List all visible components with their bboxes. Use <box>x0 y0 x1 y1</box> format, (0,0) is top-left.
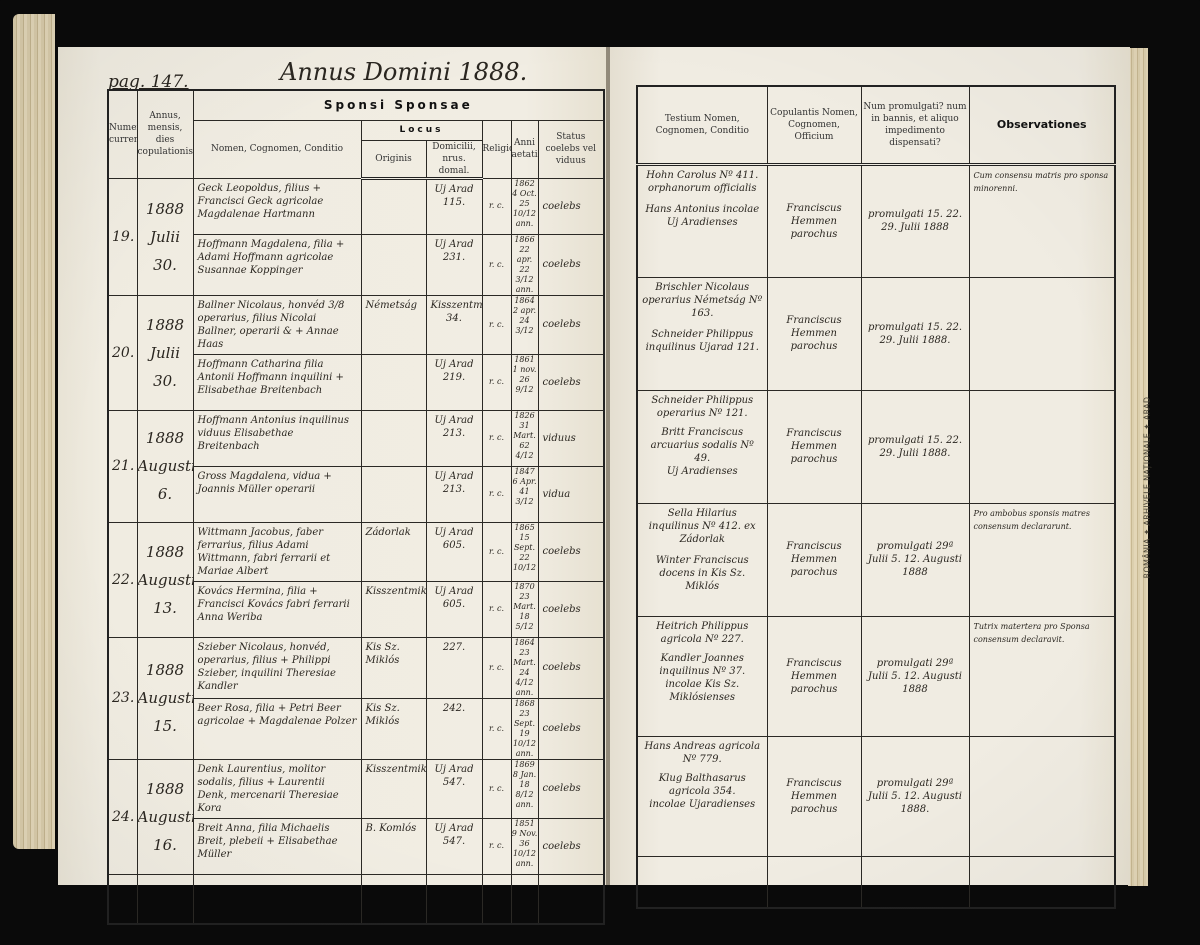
sponsus-anni: 1864 23 Mart. 24 4/12 ann. <box>511 637 538 698</box>
promulgati: promulgati 15. 22. 29. Julii 1888. <box>861 277 969 390</box>
book-page-edges-left <box>13 14 55 849</box>
table-row: 23. 1888Augusti15. Szieber Nicolaus, hon… <box>108 637 604 698</box>
sponsus-status: coelebs <box>538 295 604 354</box>
sponsa-religio: r. c. <box>482 234 511 295</box>
copulans: Franciscus Hemmen parochus <box>767 736 861 856</box>
table-row: Sella Hilarius inquilinus Nº 412. ex Zád… <box>637 503 1115 616</box>
header-promulgati: Num promulgati? num in bannis, et aliquo… <box>861 86 969 164</box>
sponsus-name: Wittmann Jacobus, faber ferrarius, filiu… <box>193 522 361 581</box>
table-row: 21. 1888Augusti6. Hoffmann Antonius inqu… <box>108 410 604 466</box>
entry-number: 21. <box>108 410 137 522</box>
sponsa-name: Beer Rosa, filia + Petri Beer agricolae … <box>193 698 361 759</box>
promulgati: promulgati 15. 22. 29. Julii 1888. <box>861 390 969 503</box>
sponsus-domicilii: Uj Arad 605. <box>426 522 482 581</box>
sponsus-name: Szieber Nicolaus, honvéd, operarius, fil… <box>193 637 361 698</box>
sponsus-originis <box>361 410 426 466</box>
sponsa-religio: r. c. <box>482 466 511 522</box>
copulans: Franciscus Hemmen parochus <box>767 616 861 736</box>
sponsus-religio: r. c. <box>482 522 511 581</box>
header-nomen: Nomen, Cognomen, Conditio <box>193 120 361 178</box>
sponsa-religio: r. c. <box>482 581 511 637</box>
table-row: 22. 1888Augusti13. Wittmann Jacobus, fab… <box>108 522 604 581</box>
sponsus-anni: 1869 8 Jan. 18 8/12 ann. <box>511 759 538 818</box>
header-sponsi-sponsae: Sponsi Sponsae <box>193 90 604 120</box>
sponsus-status: coelebs <box>538 637 604 698</box>
table-row: 20. 1888Julii30. Ballner Nicolaus, honvé… <box>108 295 604 354</box>
sponsa-originis: Kis Sz. Miklós <box>361 698 426 759</box>
sponsa-anni: 1870 23 Mart. 18 5/12 <box>511 581 538 637</box>
header-status: Status coelebs vel viduus <box>538 120 604 178</box>
sponsa-status: coelebs <box>538 818 604 874</box>
sponsus-status: coelebs <box>538 178 604 234</box>
sponsa-status: coelebs <box>538 354 604 410</box>
testes: Heitrich Philippus agricola Nº 227.Kandl… <box>637 616 767 736</box>
entry-number: 23. <box>108 637 137 759</box>
archive-stamp: ROMÂNIA ✦ ARHIVELE NAȚIONALE ✦ ARAD <box>1140 380 1154 600</box>
sponsus-anni: 1862 4 Oct. 25 10/12 ann. <box>511 178 538 234</box>
promulgati: promulgati 29ª Julii 5. 12. Augusti 1888 <box>861 503 969 616</box>
table-row: Hohn Carolus Nº 411. orphanorum official… <box>637 164 1115 277</box>
sponsa-originis: B. Komlós <box>361 818 426 874</box>
book-gutter <box>606 47 610 885</box>
sponsa-status: coelebs <box>538 698 604 759</box>
sponsa-originis <box>361 466 426 522</box>
testes: Hans Andreas agricola Nº 779.Klug Baltha… <box>637 736 767 856</box>
sponsus-name: Hoffmann Antonius inquilinus viduus Elis… <box>193 410 361 466</box>
sponsus-domicilii: Uj Arad 115. <box>426 178 482 234</box>
observationes: Pro ambobus sponsis matres consensum dec… <box>969 503 1115 616</box>
sponsus-anni: 1864 2 apr. 24 3/12 <box>511 295 538 354</box>
sponsus-originis: Kis Sz. Miklós <box>361 637 426 698</box>
observationes: Tutrix materterа pro Sponsa consensum de… <box>969 616 1115 736</box>
header-observationes: Observationes <box>969 86 1115 164</box>
testes: Hohn Carolus Nº 411. orphanorum official… <box>637 164 767 277</box>
observationes <box>969 277 1115 390</box>
sponsus-name: Geck Leopoldus, filius + Francisci Geck … <box>193 178 361 234</box>
entry-date: 1888Julii30. <box>137 295 193 410</box>
sponsa-name: Kovács Hermina, filia + Francisci Kovács… <box>193 581 361 637</box>
sponsus-originis: Németság <box>361 295 426 354</box>
entry-date: 1888Augusti15. <box>137 637 193 759</box>
sponsa-anni: 1861 1 nov. 26 9/12 <box>511 354 538 410</box>
sponsus-domicilii: 227. <box>426 637 482 698</box>
sponsa-name: Breit Anna, filia Michaelis Breit, plebe… <box>193 818 361 874</box>
sponsus-religio: r. c. <box>482 410 511 466</box>
sponsus-name: Ballner Nicolaus, honvéd 3/8 operarius, … <box>193 295 361 354</box>
sponsus-originis: Kisszentmiklós <box>361 759 426 818</box>
sponsus-religio: r. c. <box>482 178 511 234</box>
header-originis: Originis <box>361 140 426 178</box>
header-copulantis: Copulantis Nomen, Cognomen, Officium <box>767 86 861 164</box>
entry-date: 1888Augusti6. <box>137 410 193 522</box>
header-religio: Religio <box>482 120 511 178</box>
promulgati: promulgati 15. 22. 29. Julii 1888 <box>861 164 969 277</box>
sponsa-domicilii: Uj Arad 219. <box>426 354 482 410</box>
testes-table: Testium Nomen, Cognomen, Conditio Copula… <box>636 85 1116 909</box>
header-anni: Anni aetatis <box>511 120 538 178</box>
sponsa-name: Hoffmann Magdalena, filia + Adami Hoffma… <box>193 234 361 295</box>
table-row: Schneider Philippus operarius Nº 121.Bri… <box>637 390 1115 503</box>
sponsa-originis <box>361 354 426 410</box>
sponsus-status: coelebs <box>538 759 604 818</box>
header-locus: Locus <box>361 120 482 140</box>
entry-date: 1888Augusti13. <box>137 522 193 637</box>
promulgati: promulgati 29ª Julii 5. 12. Augusti 1888… <box>861 736 969 856</box>
table-row: Hans Andreas agricola Nº 779.Klug Baltha… <box>637 736 1115 856</box>
sponsa-originis <box>361 234 426 295</box>
header-annus: Annus, mensis, dies copulationis <box>137 90 193 178</box>
sponsa-anni: 1866 22 apr. 22 3/12 ann. <box>511 234 538 295</box>
table-row: 19. 1888Julii30. Geck Leopoldus, filius … <box>108 178 604 234</box>
table-row: 24. 1888Augusti16. Denk Laurentius, moli… <box>108 759 604 818</box>
sponsa-domicilii: 242. <box>426 698 482 759</box>
entry-number: 24. <box>108 759 137 874</box>
sponsus-originis: Zádorlak <box>361 522 426 581</box>
sponsus-name: Denk Laurentius, molitor sodalis, filius… <box>193 759 361 818</box>
sponsa-status: vidua <box>538 466 604 522</box>
entry-date: 1888Julii30. <box>137 178 193 295</box>
observationes: Cum consensu matris pro sponsa minorenni… <box>969 164 1115 277</box>
sponsa-name: Hoffmann Catharina filia Antonii Hoffman… <box>193 354 361 410</box>
table-row: Heitrich Philippus agricola Nº 227.Kandl… <box>637 616 1115 736</box>
sponsa-domicilii: Uj Arad 605. <box>426 581 482 637</box>
table-row: Brischler Nicolaus operarius Németság Nº… <box>637 277 1115 390</box>
sponsus-status: coelebs <box>538 522 604 581</box>
page-title: Annus Domini 1888. <box>280 58 527 86</box>
sponsa-anni: 1851 9 Nov. 36 10/12 ann. <box>511 818 538 874</box>
entry-number: 20. <box>108 295 137 410</box>
sponsus-originis <box>361 178 426 234</box>
sponsa-originis: Kisszentmiklós <box>361 581 426 637</box>
sponsus-religio: r. c. <box>482 637 511 698</box>
sponsa-anni: 1868 23 Sept. 19 10/12 ann. <box>511 698 538 759</box>
copulans: Franciscus Hemmen parochus <box>767 503 861 616</box>
sponsa-domicilii: Uj Arad 231. <box>426 234 482 295</box>
sponsa-status: coelebs <box>538 581 604 637</box>
sponsus-status: viduus <box>538 410 604 466</box>
sponsi-table: Numerus currens Annus, mensis, dies copu… <box>107 89 605 925</box>
observationes <box>969 736 1115 856</box>
header-domicilii: Domicilii, nrus. domal. <box>426 140 482 178</box>
sponsus-religio: r. c. <box>482 295 511 354</box>
copulans: Franciscus Hemmen parochus <box>767 390 861 503</box>
sponsus-anni: 1865 15 Sept. 22 10/12 <box>511 522 538 581</box>
sponsa-religio: r. c. <box>482 818 511 874</box>
sponsus-anni: 1826 31 Mart. 62 4/12 <box>511 410 538 466</box>
copulans: Franciscus Hemmen parochus <box>767 277 861 390</box>
sponsa-name: Gross Magdalena, vidua + Joannis Müller … <box>193 466 361 522</box>
sponsa-religio: r. c. <box>482 354 511 410</box>
promulgati: promulgati 29ª Julii 5. 12. Augusti 1888 <box>861 616 969 736</box>
header-testium: Testium Nomen, Cognomen, Conditio <box>637 86 767 164</box>
sponsa-anni: 1847 6 Apr. 41 3/12 <box>511 466 538 522</box>
sponsa-religio: r. c. <box>482 698 511 759</box>
sponsus-domicilii: Kisszentmiklós 34. <box>426 295 482 354</box>
sponsa-domicilii: Uj Arad 547. <box>426 818 482 874</box>
testes: Brischler Nicolaus operarius Németság Nº… <box>637 277 767 390</box>
testes: Sella Hilarius inquilinus Nº 412. ex Zád… <box>637 503 767 616</box>
entry-date: 1888Augusti16. <box>137 759 193 874</box>
header-numerus: Numerus currens <box>108 90 137 178</box>
copulans: Franciscus Hemmen parochus <box>767 164 861 277</box>
sponsa-status: coelebs <box>538 234 604 295</box>
sponsus-religio: r. c. <box>482 759 511 818</box>
observationes <box>969 390 1115 503</box>
sponsus-domicilii: Uj Arad 547. <box>426 759 482 818</box>
entry-number: 19. <box>108 178 137 295</box>
sponsus-domicilii: Uj Arad 213. <box>426 410 482 466</box>
sponsa-domicilii: Uj Arad 213. <box>426 466 482 522</box>
testes: Schneider Philippus operarius Nº 121.Bri… <box>637 390 767 503</box>
entry-number: 22. <box>108 522 137 637</box>
